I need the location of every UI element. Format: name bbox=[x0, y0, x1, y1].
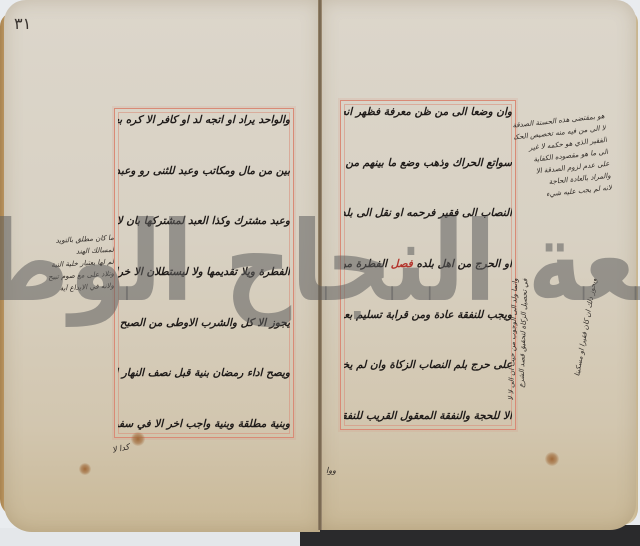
text-line-with-rubric: الفطرة ويلا تقديمها ولا ليستطلان الا خرا… bbox=[118, 264, 290, 280]
catchword-right: ووا bbox=[326, 466, 336, 475]
text-line: بين من مال ومكاتب وعبد للثنى رو وعبد الق… bbox=[118, 163, 290, 179]
text-line: يجوز الا كل والشرب الاوطى من الصبح الى ا… bbox=[118, 315, 290, 331]
left-margin-notes: ما كان مطلق بالتويد لمسالك الهند لم لها … bbox=[28, 236, 114, 296]
text-line: وبنية مطلقة وبنية واجب اخر الا في سفر او… bbox=[118, 416, 290, 432]
text-segment: الفطرة من برونا يجد لا الا bbox=[344, 258, 387, 270]
text-line: سواتع الحراك وذهب وضع ما بينهم من السوال… bbox=[344, 155, 512, 171]
text-segment: الفطرة ويلا تقديمها ولا ليستطلان الا خرا bbox=[118, 266, 290, 278]
margin-note-line: ما كان مطلق بالتويد bbox=[28, 234, 114, 247]
text-segment: او الحرج من اهل بلده bbox=[416, 258, 512, 270]
right-page-text: وان وضعا الى من ظن معرفة فظهر انه غير اه… bbox=[344, 104, 512, 424]
margin-note-line: لمسالك الهند bbox=[28, 246, 114, 259]
text-line: النصاب الى فقير فرحمه او نقل الى بلد اخر… bbox=[344, 205, 512, 221]
right-margin-vertical-notes: وانما ولد الى الوجوب من حيث ان الى لا لا… bbox=[507, 278, 564, 410]
rubric-heading: فصل bbox=[391, 258, 413, 270]
paper-stain bbox=[131, 432, 145, 446]
text-line: وان وضعا الى من ظن معرفة فظهر انه غير اه… bbox=[344, 104, 512, 120]
right-margin-notes: هو بمقتضى هذه الحسنة الصدقة لا الى من في… bbox=[513, 112, 613, 205]
page-number: ٣١ bbox=[14, 14, 31, 33]
manuscript-photo: ٣١ والواحد يراد او اتجه لد او كافر الا ك… bbox=[0, 0, 640, 546]
paper-stain bbox=[545, 452, 559, 466]
margin-note-line: ولانه في الايداع آية bbox=[28, 282, 114, 295]
margin-note-line: وتلاد على مع صوم تبيح bbox=[28, 270, 114, 283]
text-line-with-rubric: او الحرج من اهل بلده فصل الفطرة من برونا… bbox=[344, 256, 512, 272]
text-line: ويجب للنفقة عادة ومن قرابة تسليم بعد جاز… bbox=[344, 307, 512, 323]
text-line: وعبد مشترك وكذا العبد لمشتركها بان لان و… bbox=[118, 213, 290, 229]
paper-stain bbox=[79, 463, 91, 475]
text-line: على حرج بلم النصاب الزكاة وان لم يخرج بح… bbox=[344, 357, 512, 373]
text-line: الا للحجة والنفقة المعقول القريب للنفقة … bbox=[344, 408, 512, 424]
text-line: والواحد يراد او اتجه لد او كافر الا كره … bbox=[118, 112, 290, 128]
left-page-text: والواحد يراد او اتجه لد او كافر الا كره … bbox=[118, 112, 290, 432]
book-gutter bbox=[318, 0, 322, 530]
text-line: ويصح اداء رمضان بنية قبل نصف النهار الشر… bbox=[118, 365, 290, 381]
margin-note-line: لم لها بعتبار خلية النية bbox=[28, 258, 114, 271]
